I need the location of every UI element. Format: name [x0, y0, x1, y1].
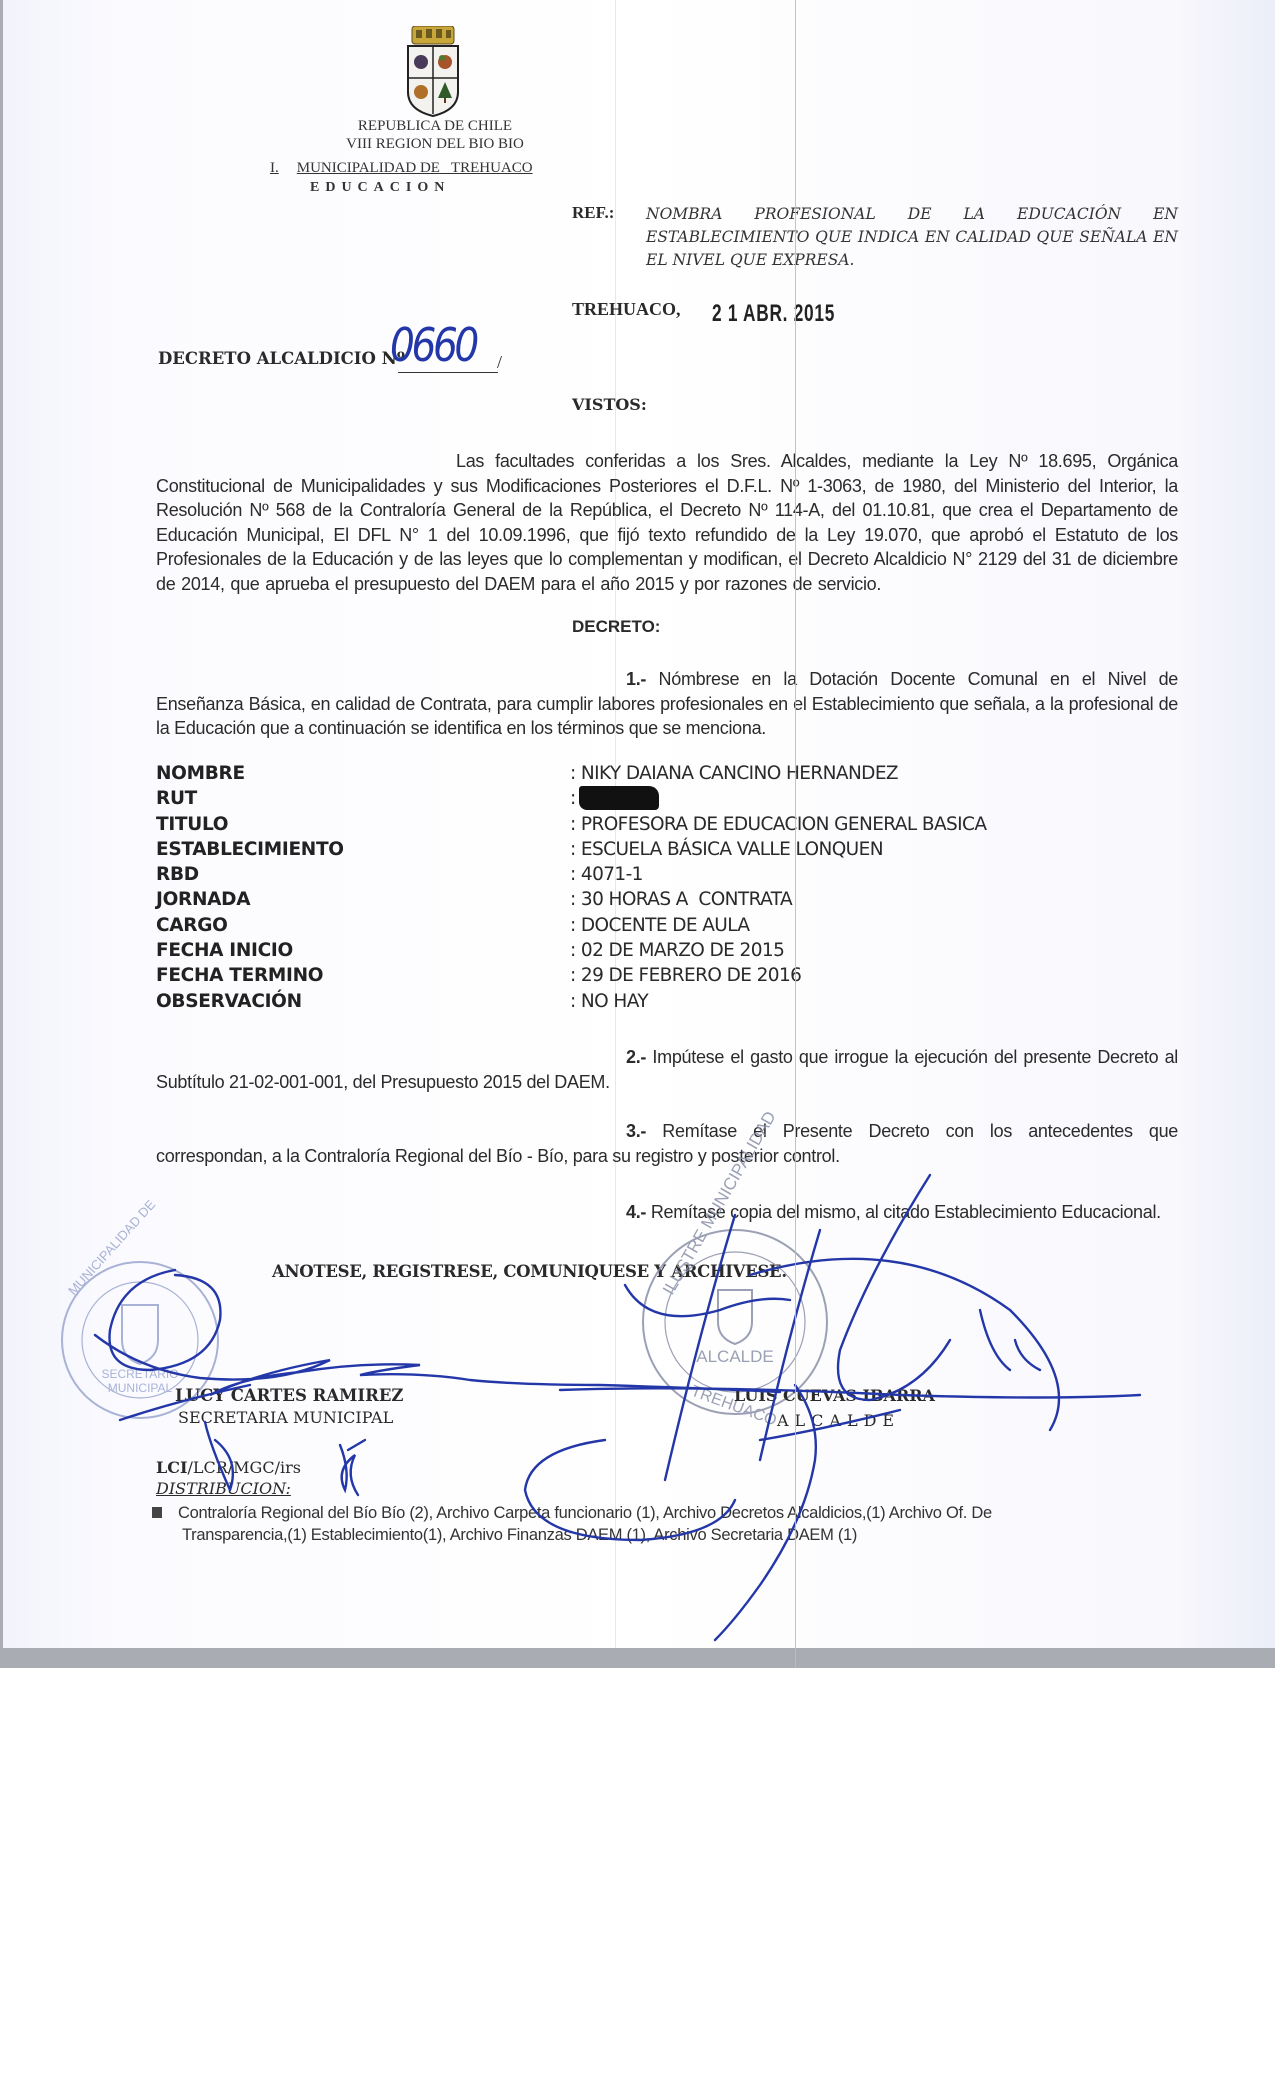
- field-label: JORNADA: [156, 887, 570, 912]
- header-region: VIII REGION DEL BIO BIO: [270, 136, 600, 153]
- header-department: EDUCACION: [310, 180, 640, 196]
- handwritten-decree-number: 0660: [390, 318, 476, 372]
- municipal-crest-icon: [402, 26, 464, 118]
- field-label: RBD: [156, 862, 570, 887]
- item-text: Impútese el gasto que irrogue la ejecuci…: [156, 1047, 1178, 1092]
- field-label: FECHA TERMINO: [156, 963, 570, 988]
- field-row-rbd: RBD: 4071-1: [156, 862, 986, 887]
- item-number: 3.-: [626, 1121, 646, 1141]
- decree-item-3: 3.- Remítase el Presente Decreto con los…: [156, 1119, 1178, 1168]
- municipality-name: MUNICIPALIDAD DE TREHUACO: [297, 160, 533, 176]
- initials-rest: /LCR/MGC/irs: [187, 1458, 300, 1477]
- date-stamp: 2 1 ABR. 2015: [712, 300, 835, 328]
- field-value: : 30 HORAS A CONTRATA: [570, 887, 792, 912]
- decree-number-label: DECRETO ALCALDICIO Nº: [158, 349, 405, 368]
- field-label: CARGO: [156, 913, 570, 938]
- municipality-prefix: I.: [270, 160, 279, 176]
- field-row-fecha-inicio: FECHA INICIO: 02 DE MARZO DE 2015: [156, 938, 986, 963]
- decree-item-4: 4.- Remítase copia del mismo, al citado …: [156, 1191, 1178, 1233]
- field-label: RUT: [156, 786, 570, 811]
- distribution-list: Contraloría Regional del Bío Bío (2), Ar…: [152, 1502, 1182, 1546]
- field-value-colon: :: [570, 788, 576, 809]
- secretary-title: SECRETARIA MUNICIPAL: [178, 1408, 393, 1427]
- field-row-cargo: CARGO: DOCENTE DE AULA: [156, 913, 986, 938]
- item-number: 2.-: [626, 1047, 646, 1067]
- redacted-rut: [579, 786, 659, 810]
- closing-formula: ANOTESE, REGISTRESE, COMUNIQUESE Y ARCHI…: [272, 1262, 787, 1281]
- distribution-label: DISTRIBUCION:: [156, 1479, 291, 1498]
- field-value: :: [570, 786, 659, 811]
- decreto-heading: DECRETO:: [572, 617, 660, 637]
- distribution-line-1: Contraloría Regional del Bío Bío (2), Ar…: [178, 1504, 992, 1522]
- mayor-name: LUIS CUEVAS IBARRA: [734, 1386, 935, 1405]
- field-label: TITULO: [156, 812, 570, 837]
- vistos-heading: VISTOS:: [572, 395, 647, 414]
- field-value: : 29 DE FEBRERO DE 2016: [570, 963, 801, 988]
- field-row-observacion: OBSERVACIÓN: NO HAY: [156, 989, 986, 1014]
- field-value: : PROFESORA DE EDUCACION GENERAL BASICA: [570, 812, 986, 837]
- place-label: TREHUACO,: [572, 299, 681, 320]
- field-value: : DOCENTE DE AULA: [570, 913, 749, 938]
- field-value: : ESCUELA BÁSICA VALLE LONQUEN: [570, 837, 883, 862]
- field-value: : 4071-1: [570, 862, 643, 887]
- field-row-rut: RUT:: [156, 786, 986, 811]
- initials-bold: LCI: [156, 1458, 187, 1477]
- reference-initials: LCI/LCR/MGC/irs: [156, 1458, 301, 1477]
- item-number: 1.-: [626, 669, 646, 689]
- item-text: Remítase el Presente Decreto con los ant…: [156, 1121, 1178, 1166]
- distribution-line-2: Transparencia,(1) Establecimiento(1), Ar…: [152, 1524, 1182, 1546]
- decree-item-1: 1.- Nómbrese en la Dotación Docente Comu…: [156, 667, 1178, 741]
- header-country: REPUBLICA DE CHILE: [270, 118, 600, 135]
- appointment-fields: NOMBRE: NIKY DAIANA CANCINO HERNANDEZ RU…: [156, 761, 986, 1014]
- field-label: NOMBRE: [156, 761, 570, 786]
- reference-label: REF.:: [572, 203, 614, 223]
- reference-text: NOMBRA PROFESIONAL DE LA EDUCACIÓN EN ES…: [646, 203, 1178, 272]
- field-row-establecimiento: ESTABLECIMIENTO: ESCUELA BÁSICA VALLE LO…: [156, 837, 986, 862]
- decree-number-suffix: /: [497, 352, 502, 373]
- item-text: Nómbrese en la Dotación Docente Comunal …: [156, 669, 1178, 738]
- vistos-paragraph: Las facultades conferidas a los Sres. Al…: [156, 449, 1178, 596]
- item-text: Remítase copia del mismo, al citado Esta…: [651, 1202, 1161, 1222]
- header-municipality: I.MUNICIPALIDAD DE TREHUACO: [270, 160, 600, 177]
- bullet-icon: [152, 1507, 162, 1518]
- field-label: ESTABLECIMIENTO: [156, 837, 570, 862]
- field-label: FECHA INICIO: [156, 938, 570, 963]
- field-row-titulo: TITULO: PROFESORA DE EDUCACION GENERAL B…: [156, 812, 986, 837]
- field-row-nombre: NOMBRE: NIKY DAIANA CANCINO HERNANDEZ: [156, 761, 986, 786]
- field-row-jornada: JORNADA: 30 HORAS A CONTRATA: [156, 887, 986, 912]
- field-value: : 02 DE MARZO DE 2015: [570, 938, 784, 963]
- field-row-fecha-termino: FECHA TERMINO: 29 DE FEBRERO DE 2016: [156, 963, 986, 988]
- decree-number-underline: [398, 372, 498, 373]
- scan-fold-mark: [795, 0, 796, 1668]
- field-label: OBSERVACIÓN: [156, 989, 570, 1014]
- field-value: : NIKY DAIANA CANCINO HERNANDEZ: [570, 761, 898, 786]
- item-number: 4.-: [626, 1202, 646, 1222]
- field-value: : NO HAY: [570, 989, 648, 1014]
- secretary-name: LUCY CARTES RAMIREZ: [175, 1386, 403, 1405]
- decree-item-2: 2.- Impútese el gasto que irrogue la eje…: [156, 1045, 1178, 1094]
